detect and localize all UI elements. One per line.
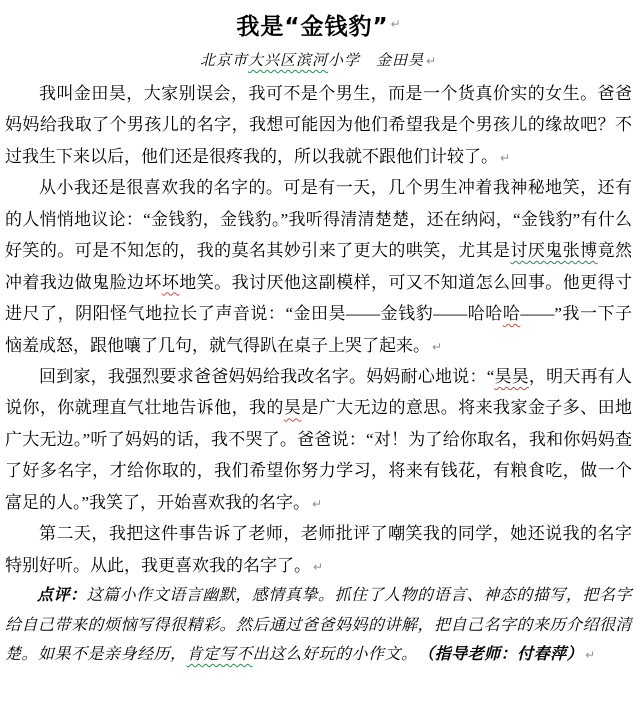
spellcheck-green-text: 大兴区滨河 (248, 53, 328, 69)
spellcheck-red-text: 哈 (503, 304, 521, 323)
text-run: 点评： (37, 587, 87, 604)
spellcheck-green-text: 讨厌鬼张博 (510, 241, 597, 260)
essay-title: 我是“金钱豹” (236, 14, 388, 40)
paragraph-return-mark: ↵ (585, 648, 596, 662)
essay-byline: 北京市大兴区滨河小学 金田昊↵ (5, 49, 632, 70)
text-run: 我叫金田昊，大家别误会，我可不是个男生，而是一个货真价实的女生。爸爸妈妈给我取了… (5, 84, 632, 166)
paragraph-1: 我叫金田昊，大家别误会，我可不是个男生，而是一个货真价实的女生。爸爸妈妈给我取了… (5, 78, 632, 172)
paragraph-return-mark: ↵ (500, 151, 510, 165)
paragraph-return-mark: ↵ (432, 340, 442, 354)
text-run: 北京市 (200, 53, 248, 69)
spellcheck-red-text: 昊 (284, 398, 301, 417)
paragraph-return-mark: ↵ (426, 54, 437, 68)
text-run: 回到家，我强烈要求爸爸妈妈给我改名字。妈妈耐心地说：“ (39, 367, 494, 386)
teacher-comment: 点评：这篇小作文语言幽默，感情真挚。抓住了人物的语言、神态的描写，把名字给自己带… (5, 581, 632, 670)
byline-text: 北京市大兴区滨河小学 金田昊 (200, 53, 424, 69)
paragraph-2: 从小我还是很喜欢我的名字的。可是有一天，几个男生冲着我神秘地笑，还有的人悄悄地议… (5, 172, 632, 361)
spellcheck-green-text: 肯定写不 (187, 646, 253, 663)
paragraph-return-mark: ↵ (313, 560, 323, 574)
text-run (410, 646, 427, 663)
paragraph-return-mark: ↵ (391, 17, 401, 31)
text-run: 小学 金田昊 (328, 53, 424, 69)
text-run: （指导老师：付春萍） (426, 646, 583, 663)
paragraph-return-mark: ↵ (312, 497, 322, 511)
spellcheck-red-text: 昊昊 (494, 367, 529, 386)
essay-body: 我叫金田昊，大家别误会，我可不是个男生，而是一个货真价实的女生。爸爸妈妈给我取了… (5, 78, 632, 670)
text-run: 出这么好玩的小作文。 (253, 646, 410, 663)
spellcheck-red-text: 坏 (162, 273, 179, 292)
document-page: 我是“金钱豹”↵ 北京市大兴区滨河小学 金田昊↵ 我叫金田昊，大家别误会，我可不… (0, 0, 637, 727)
paragraph-3: 回到家，我强烈要求爸爸妈妈给我改名字。妈妈耐心地说：“昊昊，明天再有人说你，你就… (5, 361, 632, 518)
paragraph-4: 第二天，我把这件事告诉了老师，老师批评了嘲笑我的同学，她还说我的名字特别好听。从… (5, 518, 632, 581)
title-row: 我是“金钱豹”↵ (5, 8, 632, 41)
